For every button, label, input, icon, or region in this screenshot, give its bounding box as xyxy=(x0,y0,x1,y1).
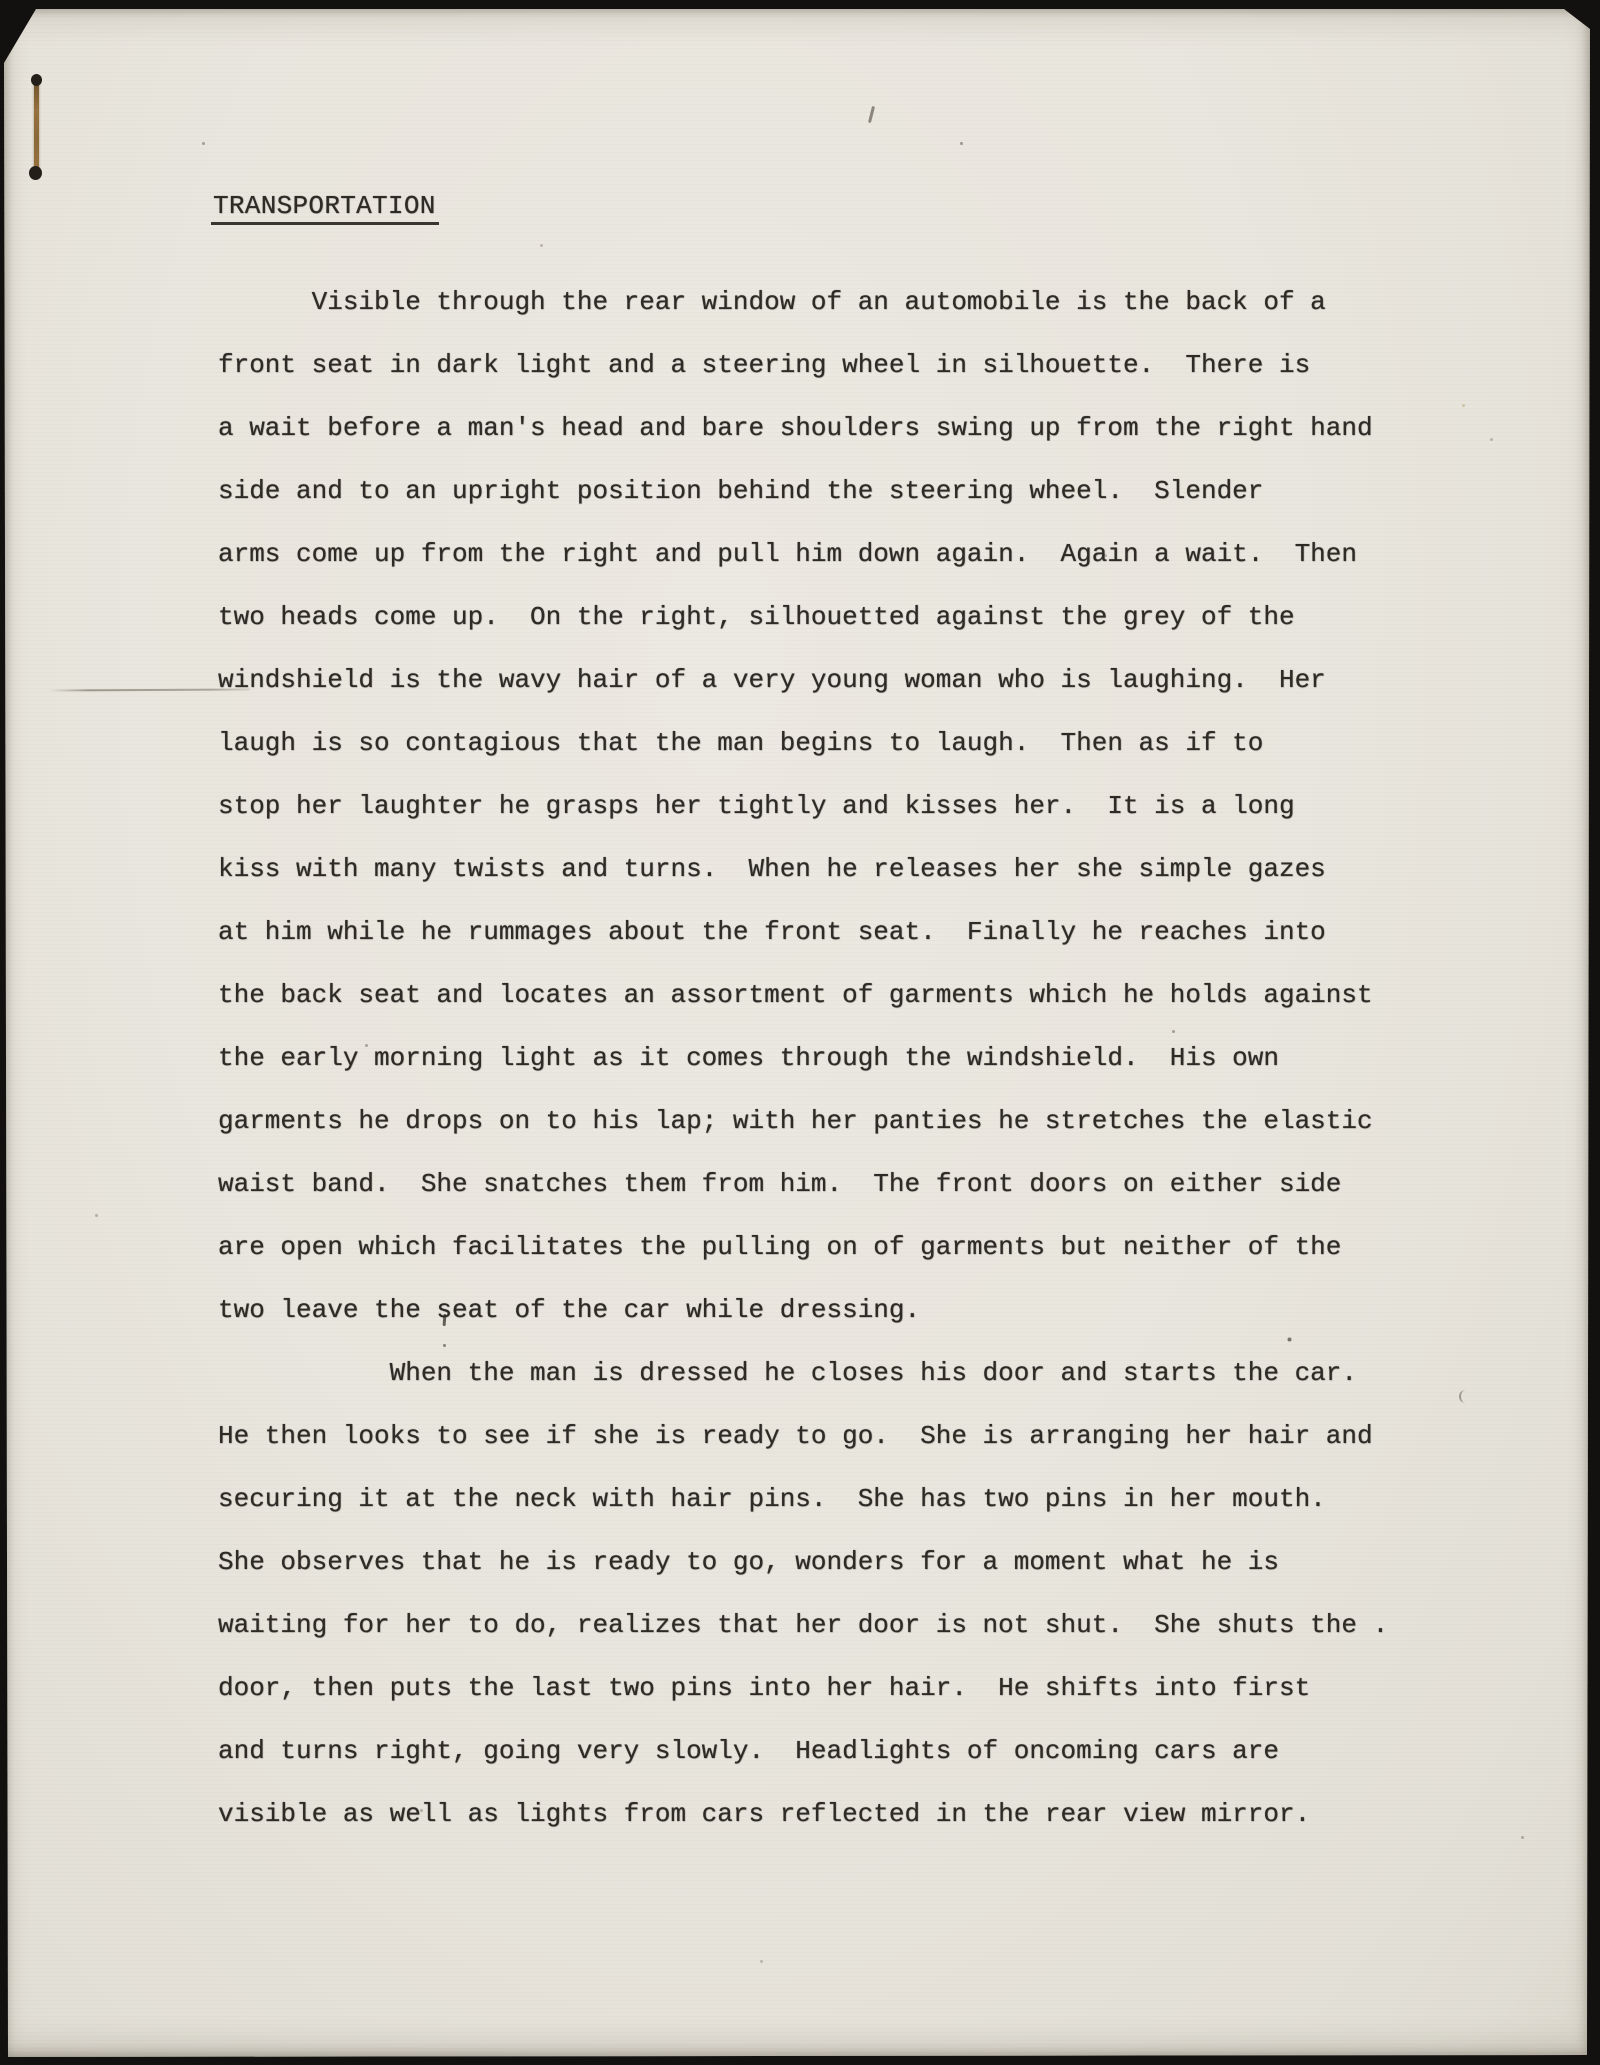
typed-line-paragraph-2: and turns right, going very slowly. Head… xyxy=(218,1720,1478,1783)
typed-line-paragraph-2: He then looks to see if she is ready to … xyxy=(218,1405,1478,1468)
typed-line-paragraph-1: stop her laughter he grasps her tightly … xyxy=(218,775,1478,838)
typed-line-paragraph-1: windshield is the wavy hair of a very yo… xyxy=(218,649,1478,712)
staple-hole-bottom xyxy=(29,166,42,180)
typed-line-paragraph-2: visible as well as lights from cars refl… xyxy=(218,1783,1478,1846)
typed-line-paragraph-1: garments he drops on to his lap; with he… xyxy=(218,1090,1478,1153)
document-title: TRANSPORTATION xyxy=(211,193,439,225)
typed-line-paragraph-1: two heads come up. On the right, silhoue… xyxy=(218,586,1478,649)
typed-line-paragraph-1: two leave the seat of the car while dres… xyxy=(218,1279,1478,1342)
typed-line-paragraph-2: She observes that he is ready to go, won… xyxy=(218,1531,1478,1594)
typed-text: Visible through the rear window of an au… xyxy=(218,271,1478,1846)
paper-specks xyxy=(960,142,963,145)
staple-rust-streak xyxy=(34,82,39,176)
typed-line-paragraph-1: Visible through the rear window of an au… xyxy=(218,271,1478,334)
typed-line-paragraph-2: securing it at the neck with hair pins. … xyxy=(218,1468,1478,1531)
staple-hole-top xyxy=(31,74,42,86)
scanned-page: TRANSPORTATION Visible through the rear … xyxy=(0,0,1600,2065)
typed-line-paragraph-1: a wait before a man's head and bare shou… xyxy=(218,397,1478,460)
typed-line-paragraph-1: front seat in dark light and a steering … xyxy=(218,334,1478,397)
typed-line-paragraph-2: When the man is dressed he closes his do… xyxy=(218,1342,1478,1405)
typed-line-paragraph-2: door, then puts the last two pins into h… xyxy=(218,1657,1478,1720)
typed-line-paragraph-1: arms come up from the right and pull him… xyxy=(218,523,1478,586)
typed-line-paragraph-1: the early morning light as it comes thro… xyxy=(218,1027,1478,1090)
typed-line-paragraph-1: side and to an upright position behind t… xyxy=(218,460,1478,523)
typed-line-paragraph-1: laugh is so contagious that the man begi… xyxy=(218,712,1478,775)
typed-line-paragraph-1: are open which facilitates the pulling o… xyxy=(218,1216,1478,1279)
typed-line-paragraph-1: waist band. She snatches them from him. … xyxy=(218,1153,1478,1216)
typed-line-paragraph-1: kiss with many twists and turns. When he… xyxy=(218,838,1478,901)
typed-line-paragraph-1: the back seat and locates an assortment … xyxy=(218,964,1478,1027)
staple-mark xyxy=(28,74,46,182)
typed-line-paragraph-1: at him while he rummages about the front… xyxy=(218,901,1478,964)
typed-line-paragraph-2: waiting for her to do, realizes that her… xyxy=(218,1594,1478,1657)
